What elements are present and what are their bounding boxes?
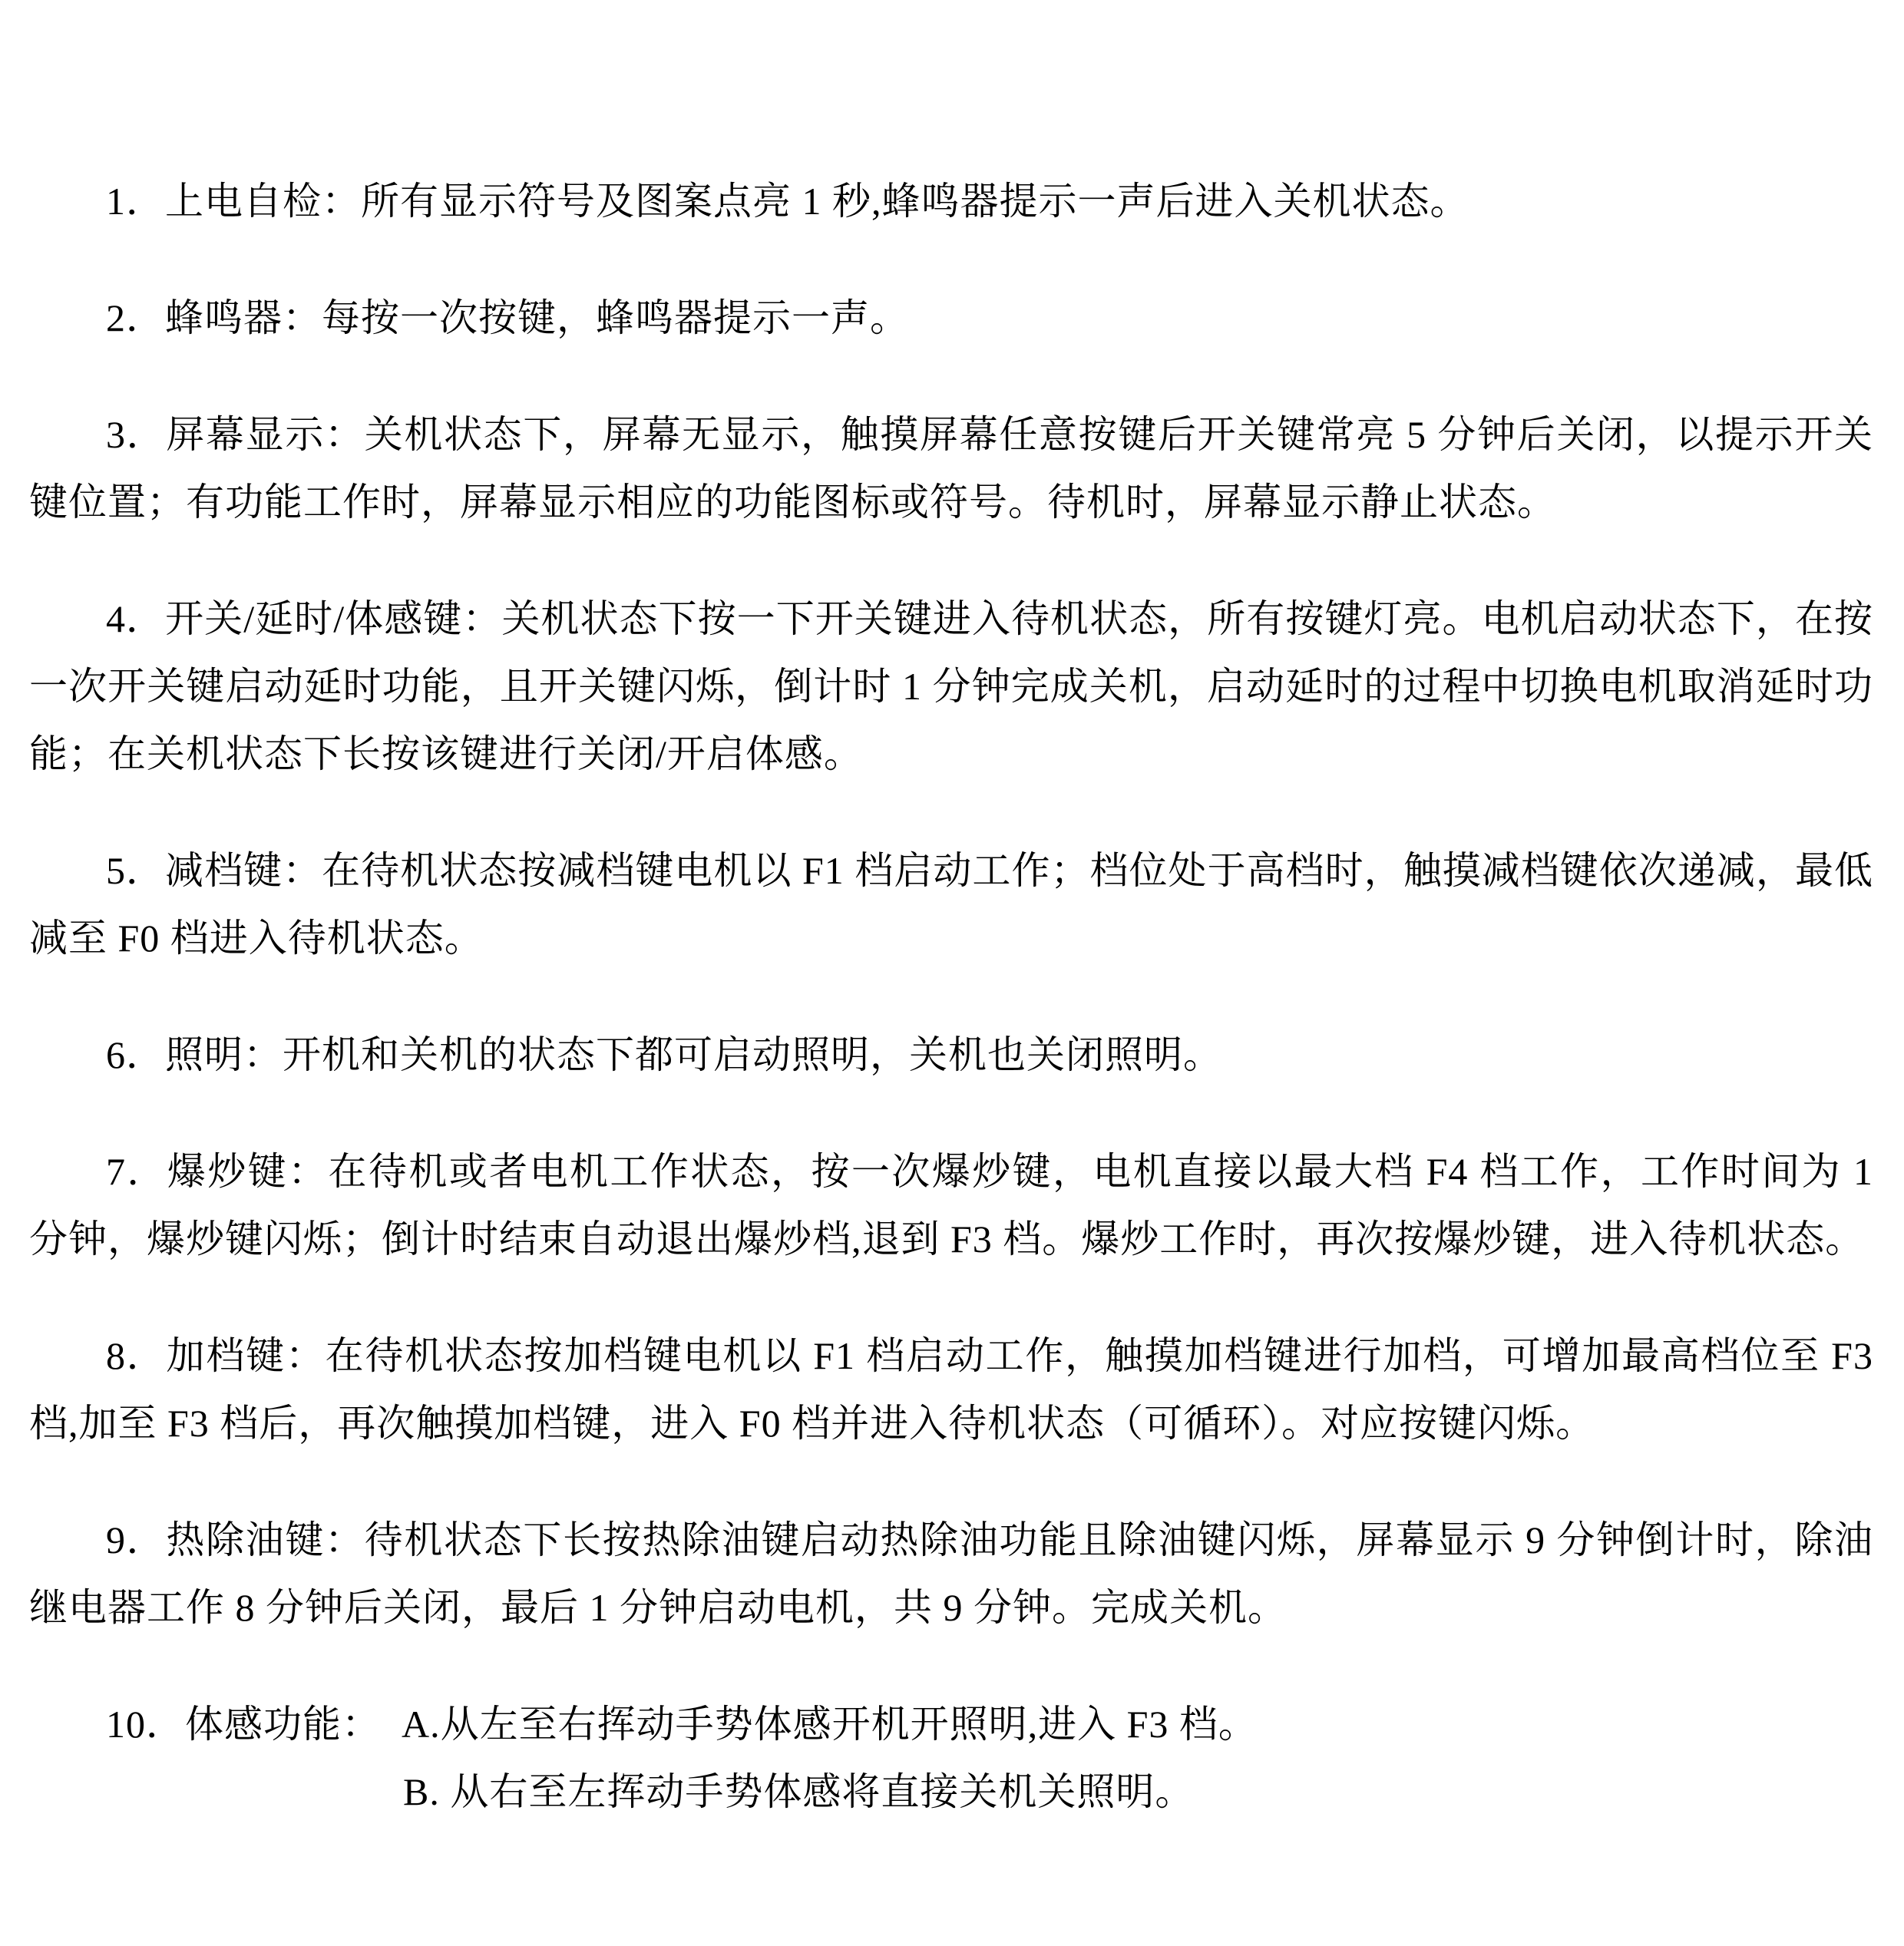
list-item-10-option-b: B. 从右至左挥动手势体感将直接关机关照明。 <box>29 1758 1873 1825</box>
list-item-9: 9．热除油键：待机状态下长按热除油键启动热除油功能且除油键闪烁，屏幕显示 9 分… <box>29 1506 1873 1641</box>
list-item-2: 2．蜂鸣器：每按一次按键，蜂鸣器提示一声。 <box>29 284 1873 352</box>
list-item-3: 3．屏幕显示：关机状态下，屏幕无显示，触摸屏幕任意按键后开关键常亮 5 分钟后关… <box>29 401 1873 536</box>
list-item-10: 10．体感功能： A.从左至右挥动手势体感开机开照明,进入 F3 档。 B. 从… <box>29 1690 1873 1825</box>
list-item-6: 6．照明：开机和关机的状态下都可启动照明，关机也关闭照明。 <box>29 1021 1873 1089</box>
list-item-1: 1．上电自检：所有显示符号及图案点亮 1 秒,蜂鸣器提示一声后进入关机状态。 <box>29 167 1873 235</box>
list-item-10-option-a: 10．体感功能： A.从左至右挥动手势体感开机开照明,进入 F3 档。 <box>29 1690 1873 1758</box>
list-item-4: 4．开关/延时/体感键：关机状态下按一下开关键进入待机状态，所有按键灯亮。电机启… <box>29 585 1873 788</box>
list-item-7: 7．爆炒键：在待机或者电机工作状态，按一次爆炒键，电机直接以最大档 F4 档工作… <box>29 1138 1873 1273</box>
list-item-5: 5．减档键：在待机状态按减档键电机以 F1 档启动工作；档位处于高档时，触摸减档… <box>29 837 1873 972</box>
document-page: 1．上电自检：所有显示符号及图案点亮 1 秒,蜂鸣器提示一声后进入关机状态。 2… <box>0 0 1904 1946</box>
list-item-8: 8．加档键：在待机状态按加档键电机以 F1 档启动工作，触摸加档键进行加档，可增… <box>29 1322 1873 1457</box>
